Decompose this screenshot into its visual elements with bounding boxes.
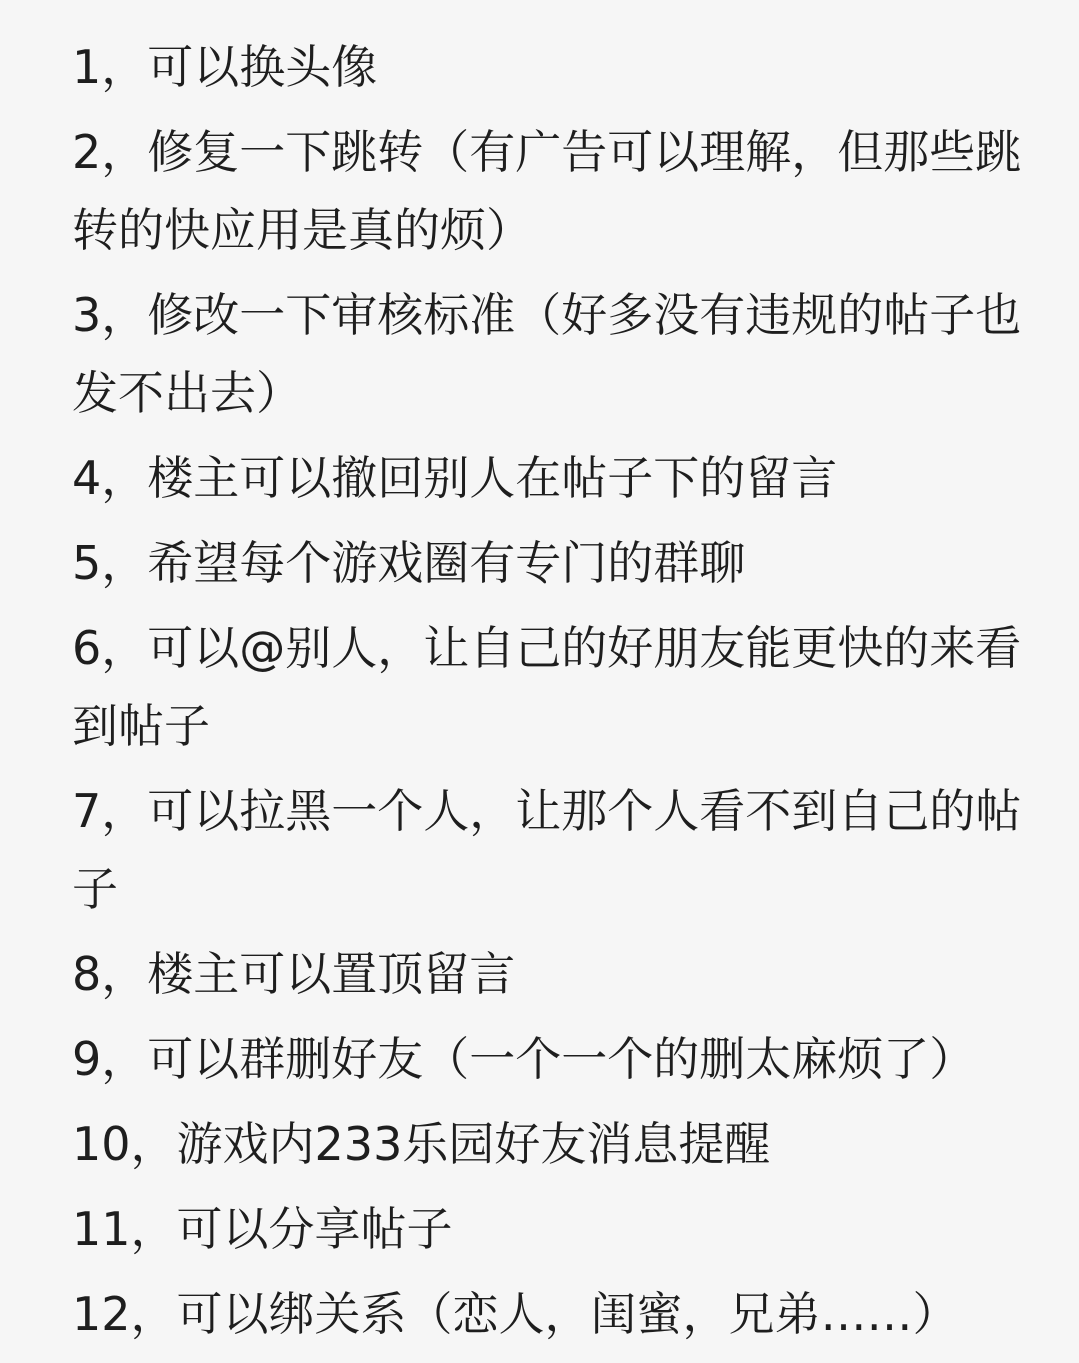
list-item-6: 6，可以@别人，让自己的好朋友能更快的来看到帖子 [72,609,1032,765]
suggestion-list: 1，可以换头像 2，修复一下跳转（有广告可以理解，但那些跳转的快应用是真的烦） … [72,28,1032,1353]
list-item-2: 2，修复一下跳转（有广告可以理解，但那些跳转的快应用是真的烦） [72,113,1032,269]
list-item-8: 8，楼主可以置顶留言 [72,935,1032,1013]
list-item-7: 7，可以拉黑一个人，让那个人看不到自己的帖子 [72,772,1032,928]
list-item-9: 9，可以群删好友（一个一个的删太麻烦了） [72,1020,1032,1098]
list-item-11: 11，可以分享帖子 [72,1190,1032,1268]
list-item-4: 4，楼主可以撤回别人在帖子下的留言 [72,439,1032,517]
list-item-3: 3，修改一下审核标准（好多没有违规的帖子也发不出去） [72,276,1032,432]
list-item-5: 5，希望每个游戏圈有专门的群聊 [72,524,1032,602]
document-page: 1，可以换头像 2，修复一下跳转（有广告可以理解，但那些跳转的快应用是真的烦） … [0,0,1079,1363]
list-item-1: 1，可以换头像 [72,28,1032,106]
list-item-10: 10，游戏内233乐园好友消息提醒 [72,1105,1032,1183]
list-item-12: 12，可以绑关系（恋人，闺蜜，兄弟……） [72,1275,1032,1353]
